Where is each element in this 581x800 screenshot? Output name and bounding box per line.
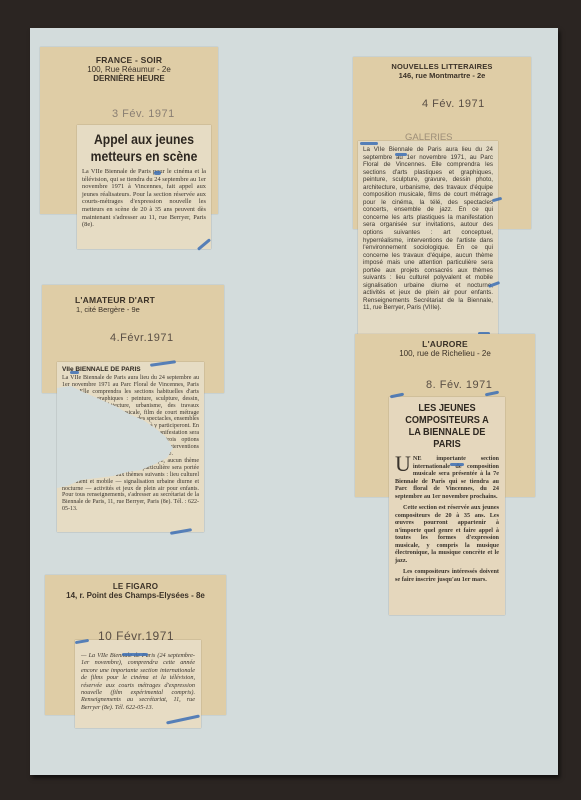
article-headline: LES JEUNES COMPOSITEURS A LA BIENNALE DE… xyxy=(394,397,501,455)
article-clipping: Appel aux jeunes metteurs en scène La VI… xyxy=(77,125,211,249)
torn-paper-area xyxy=(57,362,204,532)
article-body: U NE importante section internationale d… xyxy=(389,455,505,500)
newspaper-name: L'AMATEUR D'ART xyxy=(42,295,224,305)
newspaper-address: 1, cité Bergère - 9e xyxy=(42,305,224,314)
clipping-date: 3 Fév. 1971 xyxy=(112,108,175,120)
blue-pen-mark xyxy=(154,171,161,175)
newspaper-address: 100, Rue Réaumur - 2e xyxy=(40,65,218,74)
archive-sheet: FRANCE - SOIR 100, Rue Réaumur - 2e DERN… xyxy=(30,28,558,775)
blue-pen-mark xyxy=(70,371,79,374)
blue-pen-mark xyxy=(360,142,378,145)
newspaper-name: NOUVELLES LITTERAIRES xyxy=(353,62,531,71)
blue-pen-mark xyxy=(122,653,148,656)
newspaper-name: L'AURORE xyxy=(355,339,535,349)
newspaper-name: LE FIGARO xyxy=(45,582,226,591)
article-headline: Appel aux jeunes metteurs en scène xyxy=(84,125,205,168)
newspaper-address: 100, rue de Richelieu - 2e xyxy=(355,349,535,358)
clipping-date: 4.Févr.1971 xyxy=(110,332,174,344)
article-body: La VIIe Biennale de Paris aura lieu du 2… xyxy=(358,141,498,317)
article-paragraph: Cette section est réservée aux jeunes co… xyxy=(389,500,505,564)
newspaper-address: 14, r. Point des Champs-Elysées - 8e xyxy=(45,591,226,600)
article-paragraph: Les compositeurs intéressés doivent se f… xyxy=(389,564,505,583)
clipping-date: 8. Fév. 1971 xyxy=(426,379,492,391)
newspaper-name: FRANCE - SOIR xyxy=(40,55,218,65)
blue-pen-mark xyxy=(395,153,407,156)
newspaper-edition: DERNIÈRE HEURE xyxy=(40,74,218,83)
article-clipping: LES JEUNES COMPOSITEURS A LA BIENNALE DE… xyxy=(389,397,505,615)
newspaper-address: 146, rue Montmartre - 2e xyxy=(353,71,531,80)
dropcap: U xyxy=(395,455,411,473)
article-clipping: La VIIe Biennale de Paris aura lieu du 2… xyxy=(358,141,498,336)
article-body: La VIIe Biennale de Paris pour le cinéma… xyxy=(77,168,211,229)
blue-pen-mark xyxy=(450,463,464,466)
clipping-date: 4 Fév. 1971 xyxy=(422,98,485,110)
article-body: — La VIIe Biennale de Paris (24 septembr… xyxy=(75,640,201,711)
